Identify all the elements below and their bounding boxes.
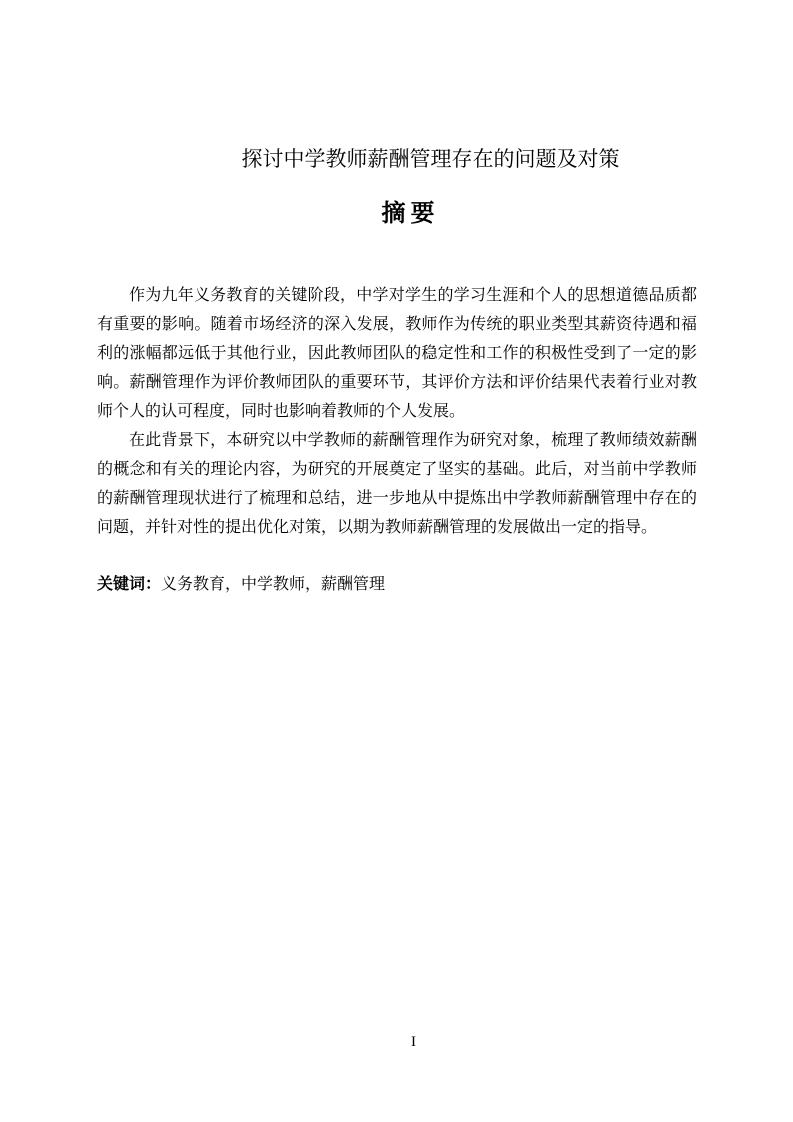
abstract-paragraph-2: 在此背景下，本研究以中学教师的薪酬管理作为研究对象，梳理了教师绩效薪酬的概念和有… [97, 426, 697, 542]
abstract-paragraph-1: 作为九年义务教育的关键阶段，中学对学生的学习生涯和个人的思想道德品质都有重要的影… [97, 281, 697, 426]
keywords-text: 义务教育，中学教师，薪酬管理 [161, 576, 385, 593]
keywords-label: 关键词： [97, 576, 161, 593]
abstract-body: 作为九年义务教育的关键阶段，中学对学生的学习生涯和个人的思想道德品质都有重要的影… [97, 281, 697, 542]
keywords-line: 关键词：义务教育，中学教师，薪酬管理 [97, 570, 697, 599]
document-page: 探讨中学教师薪酬管理存在的问题及对策 摘要 作为九年义务教育的关键阶段，中学对学… [0, 0, 793, 1122]
abstract-heading: 摘要 [0, 199, 793, 229]
document-title: 探讨中学教师薪酬管理存在的问题及对策 [0, 146, 793, 172]
page-number: I [0, 1033, 793, 1051]
